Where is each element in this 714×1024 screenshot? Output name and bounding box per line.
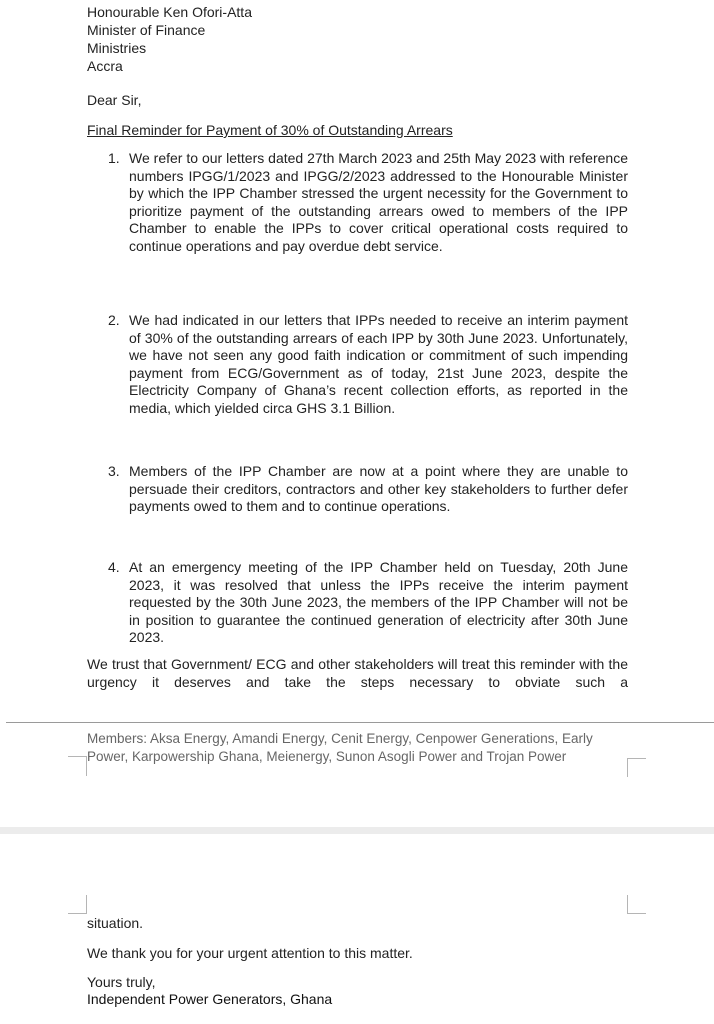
document-page-1: Honourable Ken Ofori-Atta Minister of Fi… xyxy=(0,0,714,827)
item-text: Members of the IPP Chamber are now at a … xyxy=(129,463,628,516)
salutation: Dear Sir, xyxy=(87,91,141,109)
closing-paragraph: We trust that Government/ ECG and other … xyxy=(87,656,628,691)
margin-corner-mark xyxy=(68,895,87,914)
recipient-name: Honourable Ken Ofori-Atta xyxy=(87,3,252,21)
list-item: 2. We had indicated in our letters that … xyxy=(108,312,628,418)
item-text: We refer to our letters dated 27th March… xyxy=(129,150,628,256)
thanks-line: We thank you for your urgent attention t… xyxy=(87,944,413,962)
recipient-address: Honourable Ken Ofori-Atta Minister of Fi… xyxy=(87,3,252,75)
page-separator xyxy=(0,827,714,834)
signatory: Independent Power Generators, Ghana xyxy=(87,990,332,1008)
item-number: 2. xyxy=(108,312,120,330)
item-text: We had indicated in our letters that IPP… xyxy=(129,312,628,418)
continuation-text: situation. xyxy=(87,914,143,932)
valediction: Yours truly, xyxy=(87,973,155,991)
footer-members: Members: Aksa Energy, Amandi Energy, Cen… xyxy=(87,730,632,766)
recipient-title: Minister of Finance xyxy=(87,21,252,39)
item-number: 4. xyxy=(108,559,120,577)
list-item: 4. At an emergency meeting of the IPP Ch… xyxy=(108,559,628,647)
subject-line: Final Reminder for Payment of 30% of Out… xyxy=(87,121,453,139)
margin-corner-mark xyxy=(627,758,646,777)
item-number: 1. xyxy=(108,150,120,168)
item-number: 3. xyxy=(108,463,120,481)
list-item: 3. Members of the IPP Chamber are now at… xyxy=(108,463,628,516)
recipient-city: Accra xyxy=(87,57,252,75)
margin-corner-mark xyxy=(86,756,88,776)
margin-corner-mark xyxy=(68,756,86,777)
margin-corner-mark xyxy=(627,895,646,914)
footer-divider xyxy=(6,722,714,723)
list-item: 1. We refer to our letters dated 27th Ma… xyxy=(108,150,628,256)
item-text: At an emergency meeting of the IPP Chamb… xyxy=(129,559,628,647)
recipient-office: Ministries xyxy=(87,39,252,57)
